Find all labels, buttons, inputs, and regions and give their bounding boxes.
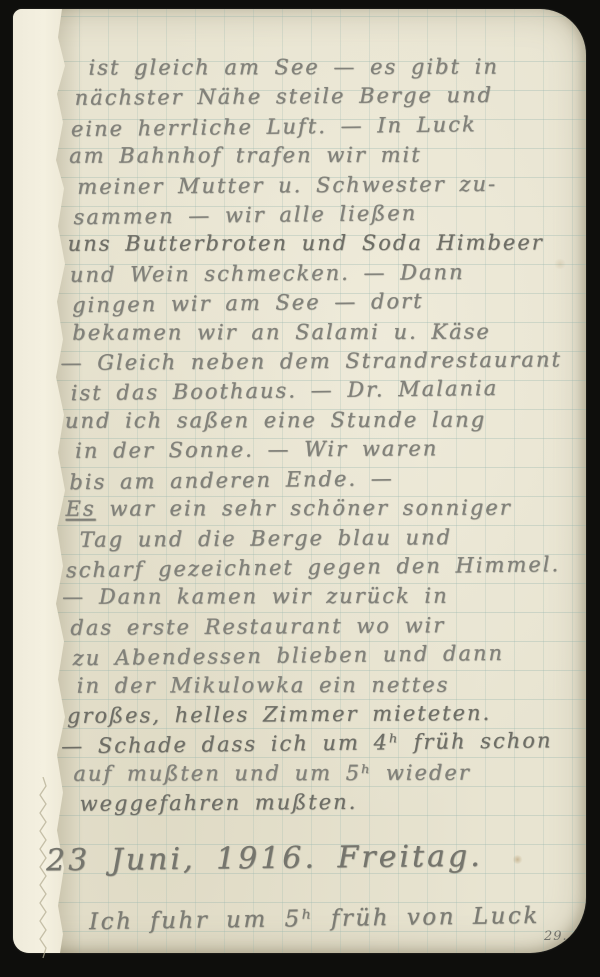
diary-entry-text: ist gleich am See — es gibt innächster N… xyxy=(68,51,589,819)
handwriting-line: in der Sonne. — Wir waren xyxy=(75,433,587,466)
handwriting-line: und ich saßen eine Stunde lang xyxy=(65,405,587,436)
handwriting-line: sammen — wir alle ließen xyxy=(73,197,585,233)
handwriting-line: zu Abendessen blieben und dann xyxy=(72,638,588,674)
handwriting-line: ist gleich am See — es gibt in xyxy=(88,52,584,83)
handwriting-line: am Bahnhof trafen wir mit xyxy=(69,141,585,172)
notebook-page: ist gleich am See — es gibt innächster N… xyxy=(13,9,586,953)
pencil-smudge xyxy=(133,72,140,77)
handwriting-line: gingen wir am See — dort xyxy=(72,285,586,321)
handwriting-line: eine herrliche Luft. — In Luck xyxy=(71,109,585,145)
handwriting-line: nächster Nähe steile Berge und xyxy=(75,81,585,114)
date-heading: 23 Juni, 1916. Freitag. xyxy=(46,839,483,879)
handwriting-line: bis am anderen Ende. — xyxy=(69,462,587,498)
handwriting-line: bekamen wir an Salami u. Käse xyxy=(72,317,586,348)
foxing-stain xyxy=(553,259,567,269)
handwriting-line: in der Mikulowka ein nettes xyxy=(77,670,589,701)
handwriting-line: scharf gezeichnet gegen den Himmel. xyxy=(66,550,588,586)
handwriting-line: — Schade dass ich um 4ʰ früh schon xyxy=(61,726,589,762)
foxing-stain xyxy=(512,855,523,864)
handwriting-line: Es war ein sehr schöner sonniger xyxy=(65,493,587,524)
handwriting-line: — Dann kamen wir zurück in xyxy=(62,582,588,613)
handwriting-line: weggefahren mußten. xyxy=(79,786,589,819)
handwriting-line: Tag und die Berge blau und xyxy=(80,522,588,555)
handwriting-line: auf mußten und um 5ʰ wieder xyxy=(73,758,589,789)
handwriting-line: ist das Boothaus. — Dr. Malania xyxy=(71,373,587,409)
page-number: 29. xyxy=(544,929,568,944)
handwriting-line: uns Butterbroten und Soda Himbeer xyxy=(68,229,586,260)
